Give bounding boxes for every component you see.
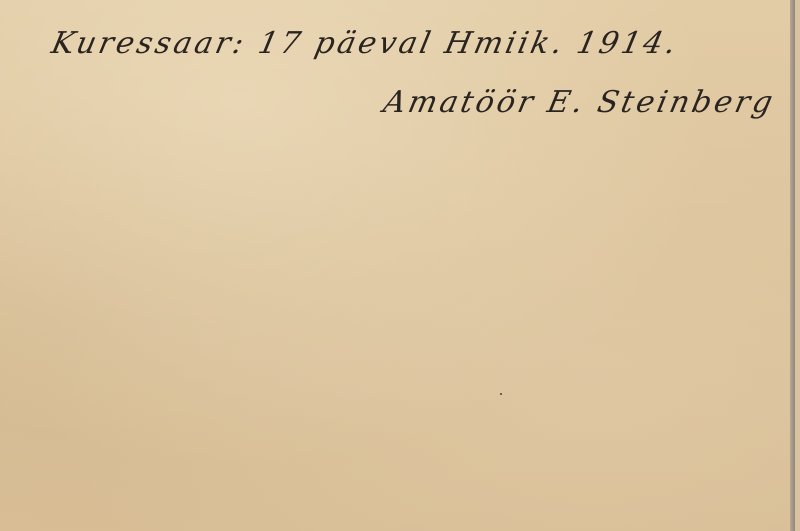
signature-line: Amatöör E. Steinberg: [380, 85, 778, 120]
paper-speck: [500, 393, 502, 395]
paper-edge: [790, 0, 795, 531]
paper-sheet: Kuressaar: 17 päeval Hmiik. 1914. Amatöö…: [0, 0, 795, 531]
place-date-line: Kuressaar: 17 päeval Hmiik. 1914.: [48, 26, 682, 61]
